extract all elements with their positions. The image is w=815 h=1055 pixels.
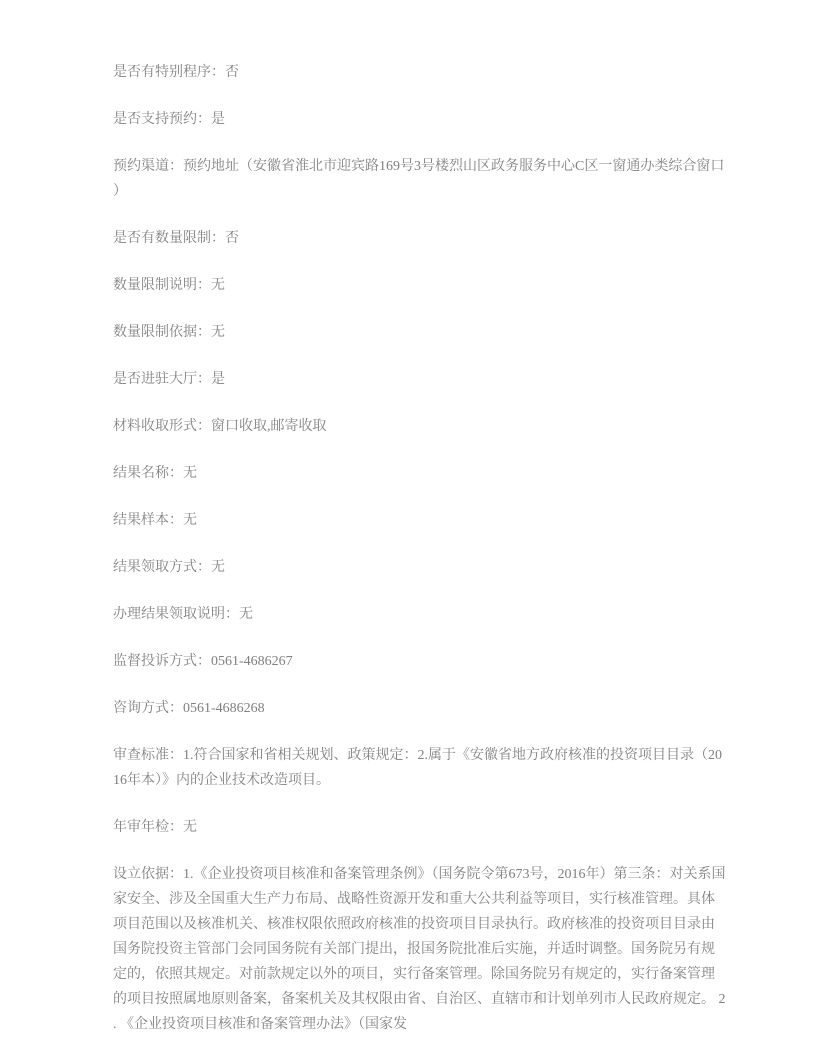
field-value: 无 (183, 820, 197, 835)
field-quantity-limit-note: 数量限制说明：无 (113, 273, 728, 298)
document-page: 是否有特别程序：否 是否支持预约：是 预约渠道：预约地址（安徽省淮北市迎宾路16… (0, 0, 815, 1055)
field-value: 无 (183, 466, 197, 481)
field-label: 材料收取形式： (113, 419, 211, 434)
field-value: 无 (211, 560, 225, 575)
field-label: 预约渠道： (113, 159, 183, 174)
field-value: 是 (211, 372, 225, 387)
field-special-procedure: 是否有特别程序：否 (113, 60, 728, 85)
field-label: 审查标准： (113, 748, 183, 763)
field-label: 年审年检： (113, 820, 183, 835)
field-consultation-contact: 咨询方式：0561-4686268 (113, 696, 728, 721)
field-label: 监督投诉方式： (113, 654, 211, 669)
field-result-pickup-method: 结果领取方式：无 (113, 555, 728, 580)
field-label: 设立依据： (113, 867, 183, 882)
field-label: 结果样本： (113, 513, 183, 528)
field-label: 是否进驻大厅： (113, 372, 211, 387)
field-value: 无 (183, 513, 197, 528)
field-result-sample: 结果样本：无 (113, 508, 728, 533)
field-value: 0561-4686267 (211, 654, 293, 669)
field-label: 办理结果领取说明： (113, 607, 239, 622)
field-value: 1.《企业投资项目核准和备案管理条例》（国务院令第673号，2016年）第三条：… (113, 867, 726, 1032)
field-label: 数量限制说明： (113, 278, 211, 293)
service-detail-document: 是否有特别程序：否 是否支持预约：是 预约渠道：预约地址（安徽省淮北市迎宾路16… (113, 60, 728, 1037)
field-result-name: 结果名称：无 (113, 461, 728, 486)
field-establishment-basis: 设立依据：1.《企业投资项目核准和备案管理条例》（国务院令第673号，2016年… (113, 862, 728, 1037)
field-value: 否 (225, 65, 239, 80)
field-material-collection-method: 材料收取形式：窗口收取,邮寄收取 (113, 414, 728, 439)
field-value: 无 (239, 607, 253, 622)
field-label: 是否支持预约： (113, 112, 211, 127)
field-value: 1.符合国家和省相关规划、政策规定：2.属于《安徽省地方政府核准的投资项目目录（… (113, 748, 722, 788)
field-in-service-hall: 是否进驻大厅：是 (113, 367, 728, 392)
field-quantity-limit: 是否有数量限制：否 (113, 226, 728, 251)
field-value: 否 (225, 231, 239, 246)
field-value: 窗口收取,邮寄收取 (211, 419, 327, 434)
field-supervision-complaint-contact: 监督投诉方式：0561-4686267 (113, 649, 728, 674)
field-appointment-channel: 预约渠道：预约地址（安徽省淮北市迎宾路169号3号楼烈山区政务服务中心C区一窗通… (113, 154, 728, 204)
field-label: 咨询方式： (113, 701, 183, 716)
field-label: 是否有特别程序： (113, 65, 225, 80)
field-label: 是否有数量限制： (113, 231, 225, 246)
field-review-standard: 审查标准：1.符合国家和省相关规划、政策规定：2.属于《安徽省地方政府核准的投资… (113, 743, 728, 793)
field-result-pickup-note: 办理结果领取说明：无 (113, 602, 728, 627)
field-quantity-limit-basis: 数量限制依据：无 (113, 320, 728, 345)
field-value: 无 (211, 278, 225, 293)
field-value: 0561-4686268 (183, 701, 265, 716)
field-label: 数量限制依据： (113, 325, 211, 340)
field-appointment-support: 是否支持预约：是 (113, 107, 728, 132)
field-value: 是 (211, 112, 225, 127)
field-value: 无 (211, 325, 225, 340)
field-annual-inspection: 年审年检：无 (113, 815, 728, 840)
field-value: 预约地址（安徽省淮北市迎宾路169号3号楼烈山区政务服务中心C区一窗通办类综合窗… (113, 159, 724, 199)
field-label: 结果领取方式： (113, 560, 211, 575)
field-label: 结果名称： (113, 466, 183, 481)
